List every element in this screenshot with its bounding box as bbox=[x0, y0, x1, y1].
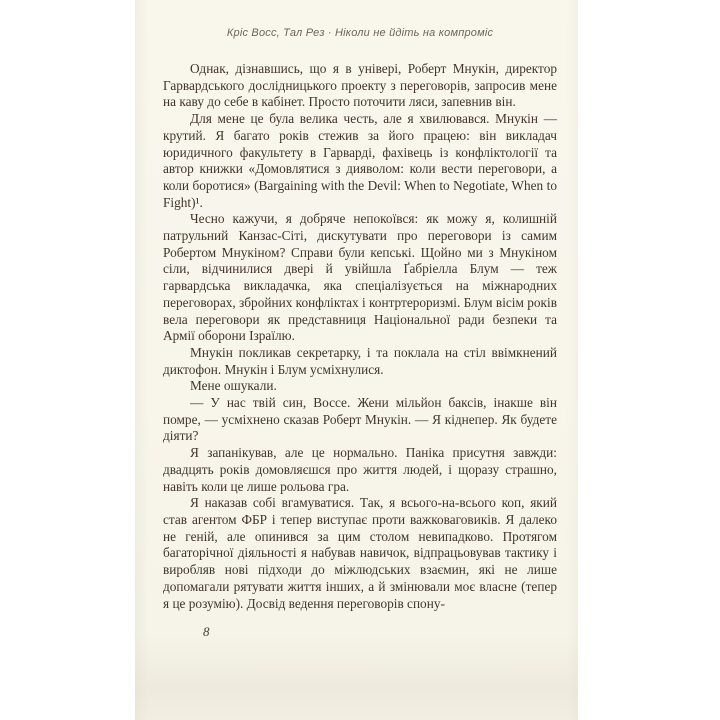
paragraph: Я наказав собі вгамуватися. Так, я всьог… bbox=[163, 495, 557, 612]
paragraph: Мене ошукали. bbox=[163, 378, 557, 395]
paragraph: Однак, дізнавшись, що я в універі, Робер… bbox=[163, 61, 557, 111]
body-text: Однак, дізнавшись, що я в універі, Робер… bbox=[163, 61, 557, 612]
paragraph: Чесно кажучи, я добряче непокоївся: як м… bbox=[163, 211, 557, 345]
photo-background: Кріс Восс, Тал Рез · Ніколи не йдіть на … bbox=[0, 0, 720, 720]
paragraph: Для мене це була велика честь, але я хви… bbox=[163, 111, 557, 211]
paragraph: — У нас твій син, Воссе. Жени мільйон ба… bbox=[163, 395, 557, 445]
paragraph: Мнукін покликав секретарку, і та поклала… bbox=[163, 345, 557, 378]
paragraph: Я запанікував, але це нормально. Паніка … bbox=[163, 445, 557, 495]
book-page: Кріс Восс, Тал Рез · Ніколи не йдіть на … bbox=[135, 0, 578, 720]
page-number: 8 bbox=[203, 624, 557, 640]
running-header: Кріс Восс, Тал Рез · Ніколи не йдіть на … bbox=[163, 27, 557, 39]
